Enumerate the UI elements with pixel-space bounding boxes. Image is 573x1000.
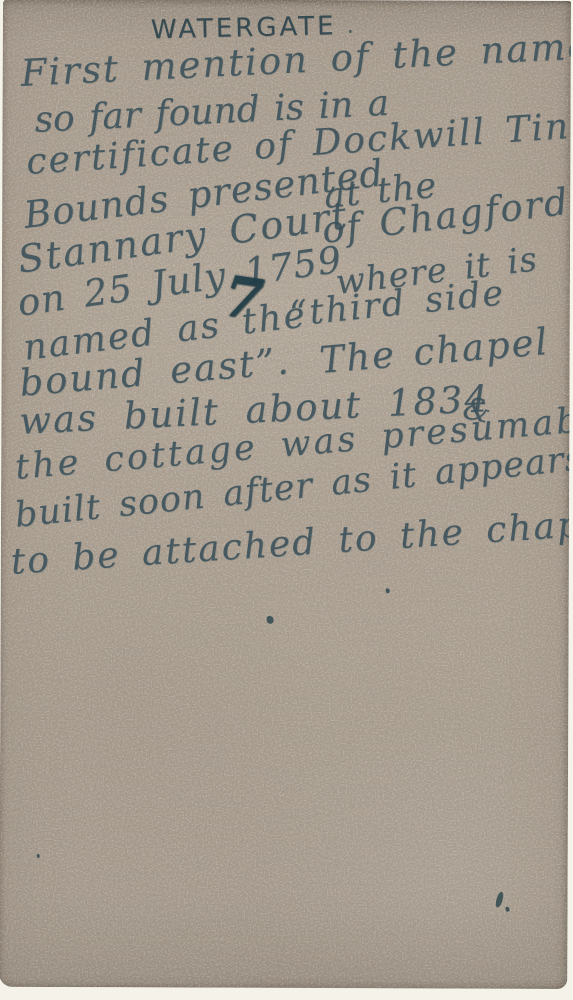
handwritten-text: First mention of the nameso far found is… [3, 0, 571, 1]
ink-speck [386, 588, 390, 593]
ink-speck [494, 891, 505, 908]
scan-background: WATERGATE · First mention of the nameso … [0, 0, 573, 1000]
ink-blot: 7 [220, 268, 267, 329]
index-card: WATERGATE · First mention of the nameso … [0, 0, 571, 989]
handwritten-line: The chapel [318, 323, 550, 379]
ink-speck [506, 907, 510, 912]
ink-speck [37, 854, 40, 858]
ink-speck [266, 615, 274, 624]
ink-specks [3, 0, 571, 1]
handwritten-line: “third side [288, 276, 507, 333]
